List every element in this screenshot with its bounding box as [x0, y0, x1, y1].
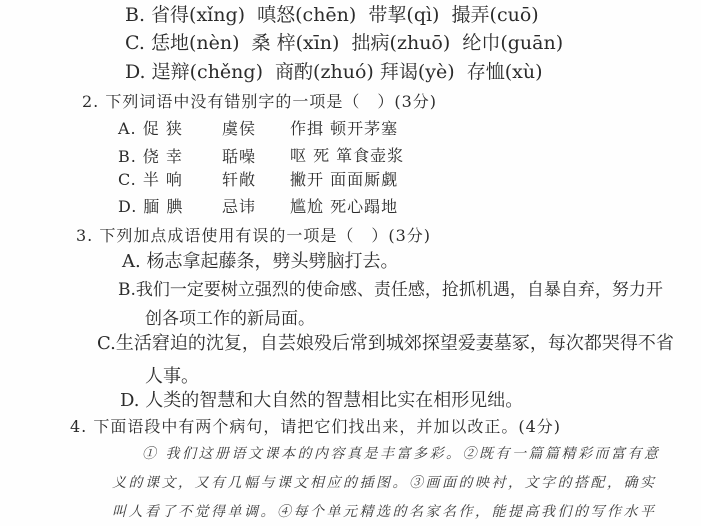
q2-row-c-word1: C. 半 响 [118, 170, 183, 190]
q3-option-d: D. 人类的智慧和大自然的智慧相比实在相形见绌。 [120, 390, 523, 413]
q3-option-c-line2: 人事。 [145, 366, 199, 389]
q1-option-c: C. 恁地(nèn) 桑 梓(xīn) 拙病(zhuō) 纶巾(guān) [125, 32, 563, 56]
q2-row-b-word3: 呕 死 箪食壶浆 [290, 146, 404, 166]
q2-row-b-word1: B. 侥 幸 [118, 147, 183, 167]
q1-option-d: D. 逞辩(chěng) 商酌(zhuó) 拜谒(yè) 存恤(xù) [125, 61, 543, 85]
q4-passage-line1: ① 我们这册语文课本的内容真是丰富多彩。②既有一篇篇精彩而富有意 [142, 446, 660, 464]
q4-passage-line2: 义的课文，又有几幅与课文相应的插图。③画面的映衬，文字的搭配，确实 [112, 475, 657, 493]
q1-option-b: B. 省得(xǐng) 嗔怒(chēn) 带挈(qì) 撮弄(cuō) [125, 4, 539, 28]
q2-title: 2. 下列词语中没有错别字的一项是（ ）(3分) [82, 92, 437, 112]
q2-row-a-word3: 作揖 顿开茅塞 [290, 119, 398, 139]
q3-option-b-line1: B.我们一定要树立强烈的使命感、责任感，抢抓机遇，自暴自弃，努力开 [118, 280, 663, 301]
q2-row-d-word1: D. 腼 腆 [118, 197, 184, 217]
q4-passage-line3: 叫人看了不觉得单调。④每个单元精选的名家名作，能提高我们的写作水平 [112, 504, 657, 522]
q2-row-a-word2: 虞侯 [222, 119, 256, 139]
q2-row-c-word2: 轩敞 [222, 170, 256, 190]
q2-row-d-word2: 忌讳 [222, 197, 256, 217]
q3-option-b-line2: 创各项工作的新局面。 [145, 309, 315, 330]
exam-paper-page: B. 省得(xǐng) 嗔怒(chēn) 带挈(qì) 撮弄(cuō) C. 恁… [0, 0, 701, 526]
q3-option-a: A. 杨志拿起藤条，劈头劈脑打去。 [122, 251, 398, 274]
q3-title: 3. 下列加点成语使用有误的一项是（ ）(3分) [76, 226, 431, 246]
q2-row-d-word3: 尴尬 死心蹋地 [290, 197, 398, 217]
q2-row-b-word2: 聒噪 [222, 147, 256, 167]
q4-title: 4. 下面语段中有两个病句，请把它们找出来，并加以改正。(4分) [70, 417, 561, 437]
q2-row-a-word1: A. 促 狭 [118, 119, 183, 139]
q2-row-c-word3: 撇开 面面厮觑 [290, 170, 398, 190]
q3-option-c-line1: C.生活窘迫的沈复，自芸娘殁后常到城郊探望爱妻墓冢，每次都哭得不省 [97, 333, 674, 356]
